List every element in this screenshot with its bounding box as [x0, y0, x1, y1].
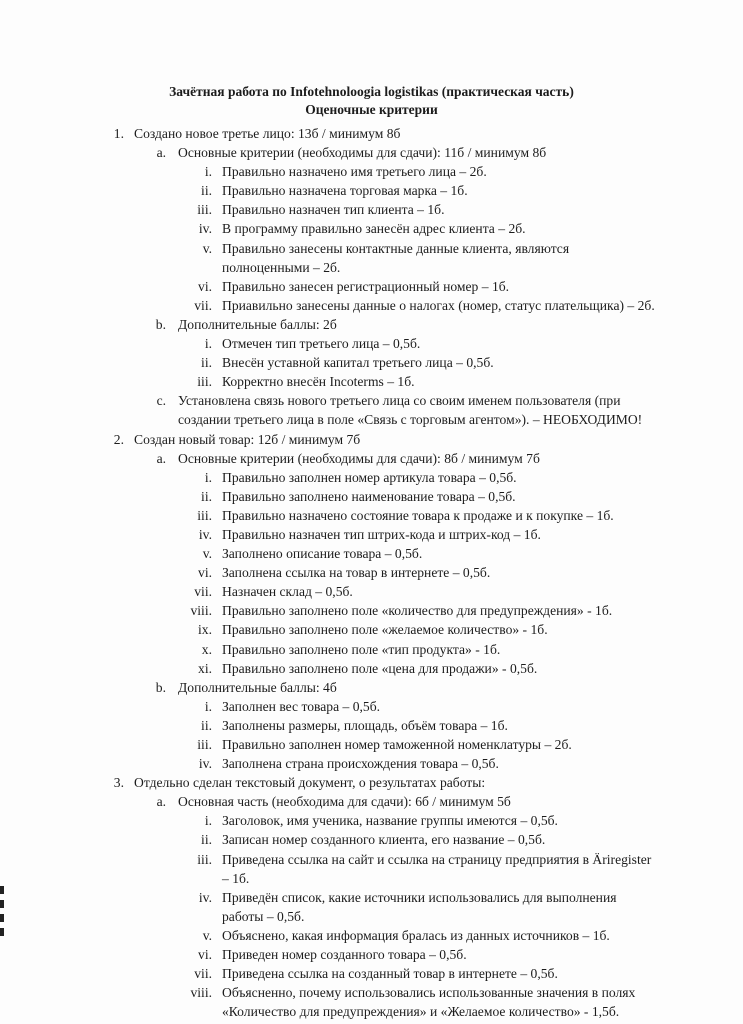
list-marker: 1. [100, 124, 124, 143]
list-text: Правильно назначен тип штрих-кода и штри… [222, 525, 658, 544]
list-marker: iii. [180, 200, 212, 219]
list-text: Заголовок, имя ученика, название группы … [222, 811, 658, 830]
list-text: Правильно заполнен номер артикула товара… [222, 468, 658, 487]
list-text: Правильно занесены контактные данные кли… [222, 239, 658, 277]
list-marker: v. [180, 544, 212, 563]
list-marker: iii. [180, 372, 212, 391]
list-text: Приавильно занесены данные о налогах (но… [222, 296, 658, 315]
list-marker: viii. [180, 601, 212, 620]
list-marker: a. [146, 143, 166, 162]
list-marker: iv. [180, 754, 212, 773]
list-text: Приведён список, какие источники использ… [222, 888, 658, 926]
list-text: Заполнен вес товара – 0,5б. [222, 697, 658, 716]
subsection-item: a.Основные критерии (необходимы для сдач… [0, 143, 743, 162]
list-marker: ii. [180, 487, 212, 506]
list-marker: vi. [180, 277, 212, 296]
list-text: Основные критерии (необходимы для сдачи)… [178, 449, 668, 468]
list-text: Правильно заполнено поле «желаемое колич… [222, 620, 658, 639]
criterion-item: i.Отмечен тип третьего лица – 0,5б. [0, 334, 743, 353]
criterion-item: vii.Приавильно занесены данные о налогах… [0, 296, 743, 315]
list-marker: iii. [180, 506, 212, 525]
list-text: Правильно заполнено поле «тип продукта» … [222, 640, 658, 659]
list-text: Основные критерии (необходимы для сдачи)… [178, 143, 668, 162]
list-text: Создано новое третье лицо: 13б / минимум… [134, 124, 743, 143]
list-marker: i. [180, 162, 212, 181]
criterion-item: i.Заполнен вес товара – 0,5б. [0, 697, 743, 716]
criterion-item: i.Правильно заполнен номер артикула това… [0, 468, 743, 487]
document-title: Зачётная работа по Infotehnoloogia logis… [0, 84, 743, 100]
list-marker: iv. [180, 888, 212, 907]
list-text: Правильно заполнено наименование товара … [222, 487, 658, 506]
criterion-item: v.Заполнено описание товара – 0,5б. [0, 544, 743, 563]
list-text: Записан номер созданного клиента, его на… [222, 830, 658, 849]
document-subtitle: Оценочные критерии [0, 102, 743, 118]
list-marker: i. [180, 334, 212, 353]
criterion-item: ii.Внесён уставной капитал третьего лица… [0, 353, 743, 372]
list-marker: iv. [180, 219, 212, 238]
list-text: Правильно заполнено поле «цена для прода… [222, 659, 658, 678]
list-marker: ii. [180, 830, 212, 849]
list-text: Назначен склад – 0,5б. [222, 582, 658, 601]
list-text: Правильно заполнено поле «количество для… [222, 601, 658, 620]
list-marker: i. [180, 468, 212, 487]
list-text: Приведена ссылка на созданный товар в ин… [222, 964, 658, 983]
list-marker: ii. [180, 353, 212, 372]
subsection-item: b.Дополнительные баллы: 4б [0, 678, 743, 697]
criterion-item: ii.Записан номер созданного клиента, его… [0, 830, 743, 849]
criterion-item: vii.Приведена ссылка на созданный товар … [0, 964, 743, 983]
criterion-item: iv.В программу правильно занесён адрес к… [0, 219, 743, 238]
list-marker: vi. [180, 945, 212, 964]
list-marker: b. [146, 678, 166, 697]
criterion-item: iv.Приведён список, какие источники испо… [0, 888, 743, 926]
criterion-item: i.Заголовок, имя ученика, название групп… [0, 811, 743, 830]
criterion-item: iii.Приведена ссылка на сайт и ссылка на… [0, 850, 743, 888]
list-marker: vii. [180, 582, 212, 601]
criterion-item: ix.Правильно заполнено поле «желаемое ко… [0, 620, 743, 639]
criterion-item: vi.Приведен номер созданного товара – 0,… [0, 945, 743, 964]
list-marker: vi. [180, 563, 212, 582]
criterion-item: ii.Заполнены размеры, площадь, объём тов… [0, 716, 743, 735]
criterion-item: iii.Правильно назначен тип клиента – 1б. [0, 200, 743, 219]
list-text: Правильно назначено имя третьего лица – … [222, 162, 658, 181]
list-text: Объяснено, какая информация бралась из д… [222, 926, 658, 945]
list-marker: ii. [180, 181, 212, 200]
list-text: Правильно занесен регистрационный номер … [222, 277, 658, 296]
list-text: Приведена ссылка на сайт и ссылка на стр… [222, 850, 658, 888]
criterion-item: ii.Правильно назначена торговая марка – … [0, 181, 743, 200]
list-marker: i. [180, 811, 212, 830]
list-marker: b. [146, 315, 166, 334]
criterion-item: iv.Правильно назначен тип штрих-кода и ш… [0, 525, 743, 544]
section-item: 1.Создано новое третье лицо: 13б / миним… [0, 124, 743, 143]
criterion-item: v.Правильно занесены контактные данные к… [0, 239, 743, 277]
list-text: Создан новый товар: 12б / минимум 7б [134, 430, 743, 449]
criterion-item: xi.Правильно заполнено поле «цена для пр… [0, 659, 743, 678]
criterion-item: x.Правильно заполнено поле «тип продукта… [0, 640, 743, 659]
list-marker: x. [180, 640, 212, 659]
criterion-item: viii.Объясненно, почему использовались и… [0, 983, 743, 1021]
list-marker: xi. [180, 659, 212, 678]
list-text: Приведен номер созданного товара – 0,5б. [222, 945, 658, 964]
list-marker: 2. [100, 430, 124, 449]
list-text: Отдельно сделан текстовый документ, о ре… [134, 773, 743, 792]
criterion-item: iv.Заполнена страна происхождения товара… [0, 754, 743, 773]
document-page: Зачётная работа по Infotehnoloogia logis… [0, 0, 743, 1024]
list-text: Правильно назначена торговая марка – 1б. [222, 181, 658, 200]
list-marker: v. [180, 926, 212, 945]
criterion-item: iii.Правильно назначено состояние товара… [0, 506, 743, 525]
list-text: Отмечен тип третьего лица – 0,5б. [222, 334, 658, 353]
list-text: Заполнено описание товара – 0,5б. [222, 544, 658, 563]
list-marker: vii. [180, 964, 212, 983]
section-item: 3.Отдельно сделан текстовый документ, о … [0, 773, 743, 792]
list-text: Правильно назначено состояние товара к п… [222, 506, 658, 525]
criterion-item: ii.Правильно заполнено наименование това… [0, 487, 743, 506]
criterion-item: vi.Правильно занесен регистрационный ном… [0, 277, 743, 296]
list-text: Объясненно, почему использовались исполь… [222, 983, 658, 1021]
subsection-item: a.Основные критерии (необходимы для сдач… [0, 449, 743, 468]
scan-edge-marks [0, 886, 4, 942]
criteria-list: 1.Создано новое третье лицо: 13б / миним… [0, 124, 743, 1021]
list-marker: iii. [180, 850, 212, 869]
list-marker: 3. [100, 773, 124, 792]
list-marker: ii. [180, 716, 212, 735]
list-marker: viii. [180, 983, 212, 1002]
list-text: Правильно назначен тип клиента – 1б. [222, 200, 658, 219]
list-marker: iv. [180, 525, 212, 544]
list-text: Корректно внесён Incoterms – 1б. [222, 372, 658, 391]
list-marker: a. [146, 449, 166, 468]
list-marker: ix. [180, 620, 212, 639]
list-marker: a. [146, 792, 166, 811]
list-text: Правильно заполнен номер таможенной номе… [222, 735, 658, 754]
criterion-item: viii.Правильно заполнено поле «количеств… [0, 601, 743, 620]
criterion-item: iii.Правильно заполнен номер таможенной … [0, 735, 743, 754]
criterion-item: i.Правильно назначено имя третьего лица … [0, 162, 743, 181]
list-text: Заполнены размеры, площадь, объём товара… [222, 716, 658, 735]
list-text: Дополнительные баллы: 4б [178, 678, 668, 697]
list-text: Установлена связь нового третьего лица с… [178, 391, 668, 429]
list-text: Основная часть (необходима для сдачи): 6… [178, 792, 668, 811]
criterion-item: vi.Заполнена ссылка на товар в интернете… [0, 563, 743, 582]
list-text: Дополнительные баллы: 2б [178, 315, 668, 334]
section-item: 2.Создан новый товар: 12б / минимум 7б [0, 430, 743, 449]
list-marker: iii. [180, 735, 212, 754]
criterion-item: vii.Назначен склад – 0,5б. [0, 582, 743, 601]
subsection-item: b.Дополнительные баллы: 2б [0, 315, 743, 334]
subsection-item: a.Основная часть (необходима для сдачи):… [0, 792, 743, 811]
list-text: Заполнена ссылка на товар в интернете – … [222, 563, 658, 582]
list-text: В программу правильно занесён адрес клие… [222, 219, 658, 238]
criterion-item: iii.Корректно внесён Incoterms – 1б. [0, 372, 743, 391]
list-text: Внесён уставной капитал третьего лица – … [222, 353, 658, 372]
list-marker: c. [146, 391, 166, 410]
list-marker: i. [180, 697, 212, 716]
criterion-item: v.Объяснено, какая информация бралась из… [0, 926, 743, 945]
subsection-item: c.Установлена связь нового третьего лица… [0, 391, 743, 429]
list-marker: vii. [180, 296, 212, 315]
list-text: Заполнена страна происхождения товара – … [222, 754, 658, 773]
list-marker: v. [180, 239, 212, 258]
